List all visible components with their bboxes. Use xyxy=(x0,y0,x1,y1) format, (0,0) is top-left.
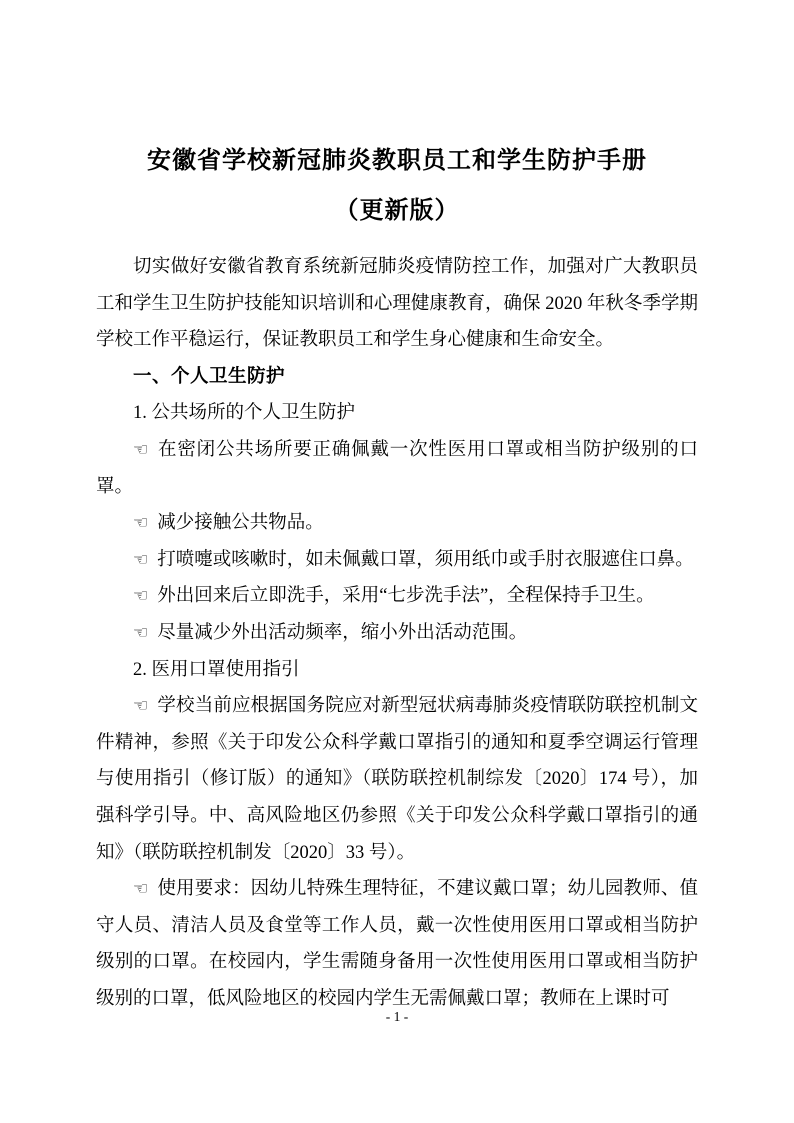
bullet-item: ☜在密闭公共场所要正确佩戴一次性医用口罩或相当防护级别的口罩。 xyxy=(96,432,698,505)
bullet-text: 外出回来后立即洗手，采用“七步洗手法”，全程保持手卫生。 xyxy=(157,586,654,606)
document-body: 切实做好安徽省教育系统新冠肺炎疫情防控工作，加强对广大教职员工和学生卫生防护技能… xyxy=(96,249,698,1017)
bullet-item: ☜使用要求：因幼儿特殊生理特征，不建议戴口罩；幼儿园教师、值守人员、清洁人员及食… xyxy=(96,871,698,1017)
bullet-item: ☜学校当前应根据国务院应对新型冠状病毒肺炎疫情联防联控机制文件精神，参照《关于印… xyxy=(96,688,698,871)
subsection-2-title: 2. 医用口罩使用指引 xyxy=(96,652,698,689)
pointing-hand-bullet-icon: ☜ xyxy=(133,513,148,533)
bullet-text: 在密闭公共场所要正确佩戴一次性医用口罩或相当防护级别的口罩。 xyxy=(96,440,698,497)
bullet-item: ☜减少接触公共物品。 xyxy=(96,505,698,542)
pointing-hand-bullet-icon: ☜ xyxy=(133,879,148,899)
pointing-hand-bullet-icon: ☜ xyxy=(133,440,148,460)
bullet-item: ☜打喷嚏或咳嗽时，如未佩戴口罩，须用纸巾或手肘衣服遮住口鼻。 xyxy=(96,542,698,579)
section-heading: 一、个人卫生防护 xyxy=(96,359,698,396)
pointing-hand-bullet-icon: ☜ xyxy=(133,623,148,643)
bullet-text: 学校当前应根据国务院应对新型冠状病毒肺炎疫情联防联控机制文件精神，参照《关于印发… xyxy=(96,696,698,862)
pointing-hand-bullet-icon: ☜ xyxy=(133,550,148,570)
document-page: 安徽省学校新冠肺炎教职员工和学生防护手册 （更新版） 切实做好安徽省教育系统新冠… xyxy=(0,0,794,1123)
bullet-text: 减少接触公共物品。 xyxy=(157,513,324,533)
document-title-line2: （更新版） xyxy=(96,185,698,235)
intro-paragraph: 切实做好安徽省教育系统新冠肺炎疫情防控工作，加强对广大教职员工和学生卫生防护技能… xyxy=(96,249,698,359)
pointing-hand-bullet-icon: ☜ xyxy=(133,696,148,716)
page-number: - 1 - xyxy=(0,1008,794,1026)
document-title: 安徽省学校新冠肺炎教职员工和学生防护手册 （更新版） xyxy=(96,135,698,235)
pointing-hand-bullet-icon: ☜ xyxy=(133,586,148,606)
bullet-text: 尽量减少外出活动频率，缩小外出活动范围。 xyxy=(157,623,527,643)
bullet-text: 使用要求：因幼儿特殊生理特征，不建议戴口罩；幼儿园教师、值守人员、清洁人员及食堂… xyxy=(96,879,698,1009)
bullet-text: 打喷嚏或咳嗽时，如未佩戴口罩，须用纸巾或手肘衣服遮住口鼻。 xyxy=(157,550,694,570)
bullet-item: ☜外出回来后立即洗手，采用“七步洗手法”，全程保持手卫生。 xyxy=(96,578,698,615)
document-title-line1: 安徽省学校新冠肺炎教职员工和学生防护手册 xyxy=(96,135,698,185)
bullet-item: ☜尽量减少外出活动频率，缩小外出活动范围。 xyxy=(96,615,698,652)
subsection-1-title: 1. 公共场所的个人卫生防护 xyxy=(96,395,698,432)
